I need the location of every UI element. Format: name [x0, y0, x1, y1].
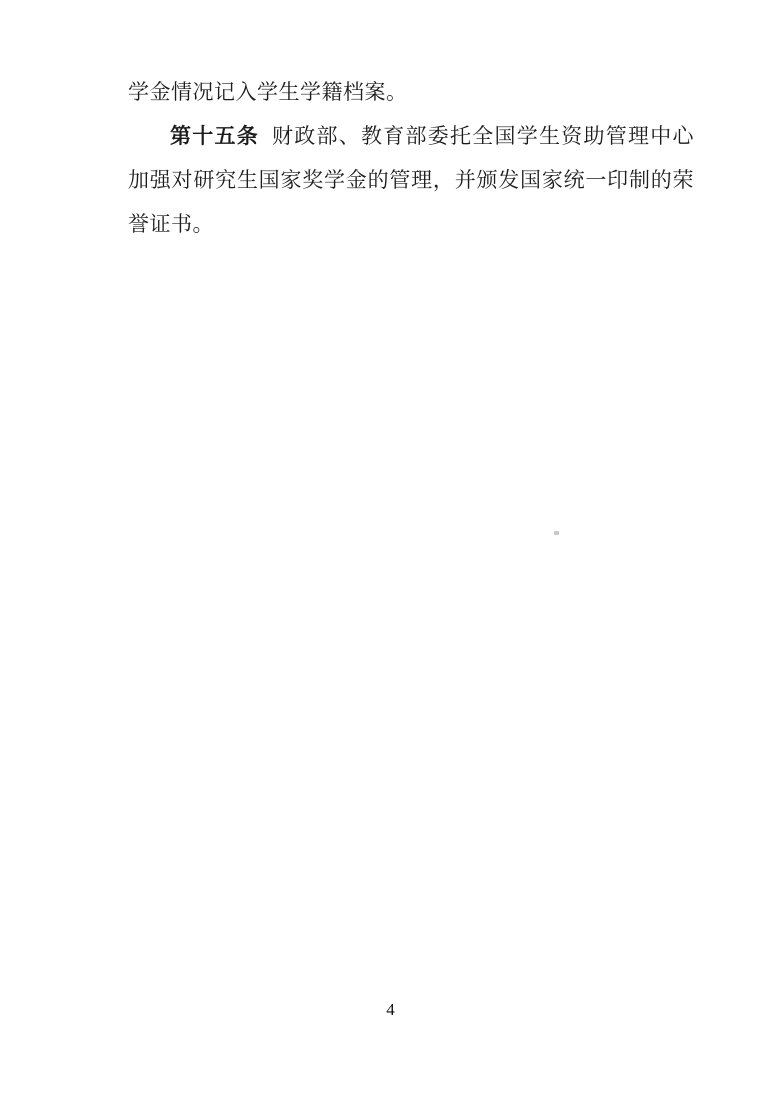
document-page: 学金情况记入学生学籍档案。 第十五条财政部、教育部委托全国学生资助管理中心加强对…: [0, 0, 781, 1110]
scan-artifact-speck: [554, 531, 559, 535]
page-number: 4: [0, 1000, 781, 1020]
paragraph-text: 学金情况记入学生学籍档案。: [128, 80, 408, 104]
document-body: 学金情况记入学生学籍档案。 第十五条财政部、教育部委托全国学生资助管理中心加强对…: [128, 70, 694, 246]
paragraph-continuation: 学金情况记入学生学籍档案。: [128, 70, 694, 114]
article-number-label: 第十五条: [170, 124, 259, 148]
paragraph-article-15: 第十五条财政部、教育部委托全国学生资助管理中心加强对研究生国家奖学金的管理，并颁…: [128, 114, 694, 246]
